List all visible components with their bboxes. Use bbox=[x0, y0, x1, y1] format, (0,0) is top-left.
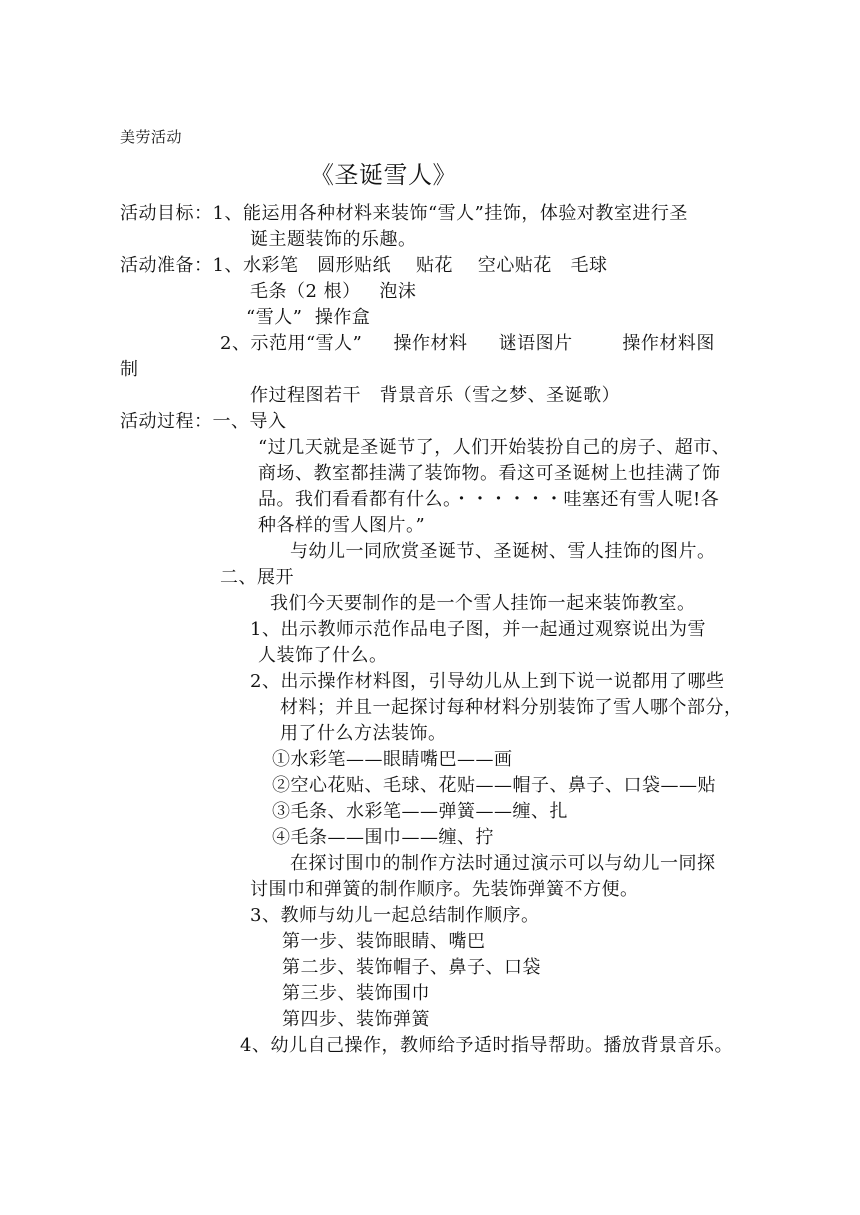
category-label: 美劳活动 bbox=[120, 126, 182, 148]
text-line: 我们今天要制作的是一个雪人挂饰一起来装饰教室。 bbox=[270, 593, 696, 615]
text-line: 用了什么方法装饰。 bbox=[280, 723, 447, 745]
text-line: 种各样的雪人图片。” bbox=[258, 515, 425, 537]
text-line: ④毛条——围巾——缠、拧 bbox=[272, 827, 494, 849]
text-line: 与幼儿一同欣赏圣诞节、圣诞树、雪人挂饰的图片。 bbox=[290, 541, 716, 563]
text-line: 第四步、装饰弹簧 bbox=[282, 1009, 430, 1031]
text-line: 人装饰了什么。 bbox=[258, 645, 388, 667]
text-line: 第一步、装饰眼睛、嘴巴 bbox=[282, 931, 486, 953]
text-line: 第三步、装饰围巾 bbox=[282, 983, 430, 1005]
text-line: “雪人” 操作盒 bbox=[246, 307, 370, 329]
text-line: 商场、教室都挂满了装饰物。看这可圣诞树上也挂满了饰 bbox=[258, 463, 721, 485]
text-line: 作过程图若干 背景音乐（雪之梦、圣诞歌） bbox=[250, 385, 620, 407]
text-line: 品。我们看看都有什么。・・・・・・哇塞还有雪人呢!各 bbox=[258, 489, 719, 511]
text-line: 在探讨围巾的制作方法时通过演示可以与幼儿一同探 bbox=[290, 853, 716, 875]
text-line: 诞主题装饰的乐趣。 bbox=[250, 229, 417, 251]
text-line: 第二步、装饰帽子、鼻子、口袋 bbox=[282, 957, 541, 979]
text-line: 活动过程：一、导入 bbox=[120, 411, 287, 433]
text-line: 4、幼儿自己操作，教师给予适时指导帮助。播放背景音乐。 bbox=[240, 1035, 733, 1057]
text-line: 二、展开 bbox=[220, 567, 294, 589]
text-line: ①水彩笔——眼睛嘴巴——画 bbox=[272, 749, 513, 771]
text-line: ②空心花贴、毛球、花贴——帽子、鼻子、口袋——贴 bbox=[272, 775, 716, 797]
text-line: 毛条（2 根） 泡沫 bbox=[250, 281, 416, 303]
text-line: 2、示范用“雪人” 操作材料 谜语图片 操作材料图 bbox=[220, 333, 715, 355]
text-line: 活动准备：1、水彩笔 圆形贴纸 贴花 空心贴花 毛球 bbox=[120, 255, 608, 277]
text-line: 活动目标：1、能运用各种材料来装饰“雪人”挂饰，体验对教室进行圣 bbox=[120, 203, 688, 225]
text-line: ③毛条、水彩笔——弹簧——缠、扎 bbox=[272, 801, 568, 823]
page-title: 《圣诞雪人》 bbox=[310, 160, 457, 190]
text-line: 制 bbox=[120, 359, 139, 381]
text-line: 材料；并且一起探讨每种材料分别装饰了雪人哪个部分， bbox=[280, 697, 743, 719]
text-line: 3、教师与幼儿一起总结制作顺序。 bbox=[250, 905, 539, 927]
text-line: “过几天就是圣诞节了，人们开始装扮自己的房子、超市、 bbox=[258, 437, 730, 459]
text-line: 讨围巾和弹簧的制作顺序。先装饰弹簧不方便。 bbox=[250, 879, 639, 901]
text-line: 2、出示操作材料图，引导幼儿从上到下说一说都用了哪些 bbox=[250, 671, 724, 693]
text-line: 1、出示教师示范作品电子图，并一起通过观察说出为雪 bbox=[250, 619, 706, 641]
